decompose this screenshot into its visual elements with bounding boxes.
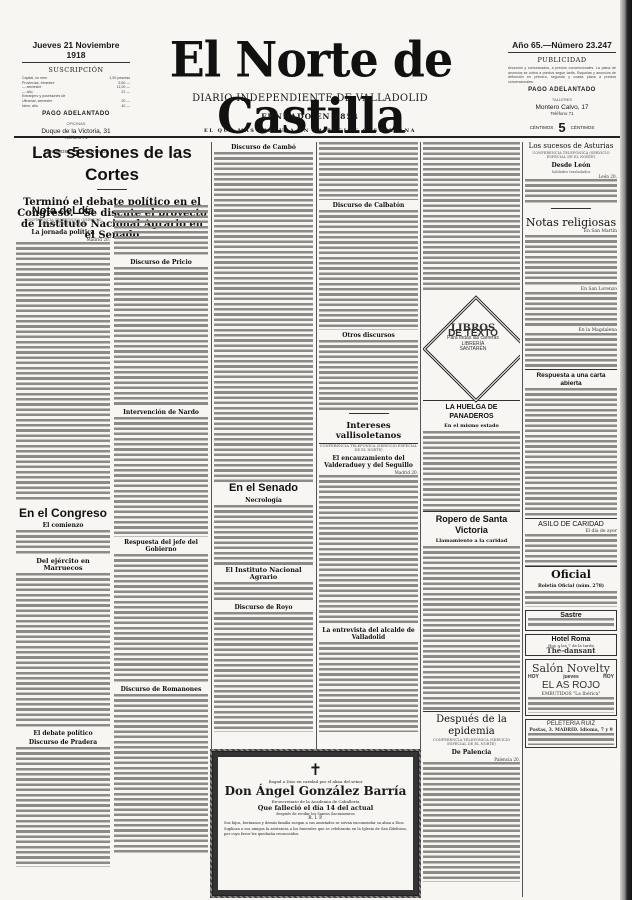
office-phone: Teléfono 71 <box>508 111 616 116</box>
article-text: . <box>214 582 313 602</box>
article-text: . <box>16 747 110 867</box>
page-edge <box>620 0 632 900</box>
ad-heading: EL AS ROJO <box>528 680 614 692</box>
article-text: . <box>319 142 418 200</box>
article-text: . <box>525 591 617 607</box>
article-text: . <box>525 333 617 369</box>
column-6: Los sucesos de Asturias CONFERENCIA TELE… <box>525 142 617 897</box>
section-heading: ASILO DE CARIDAD <box>525 518 617 529</box>
ad-text: HOY <box>603 675 614 680</box>
subheading: Necrología <box>214 497 313 504</box>
article-text: . <box>319 642 418 732</box>
cross-icon: ✝ <box>224 761 407 779</box>
subheading: Discurso de Calbatón <box>319 202 418 209</box>
obituary-note: Suplican a sus amigos la asistencia a lo… <box>224 827 407 836</box>
issue-date: Jueves 21 Noviembre 1918 <box>22 40 130 63</box>
article-text: . <box>214 505 313 565</box>
section-heading: En el Senado <box>214 482 313 495</box>
article-text: . <box>525 235 617 287</box>
divider <box>551 208 591 213</box>
issue-number: Año 65.—Número 23.247 <box>508 40 616 53</box>
payment-note: PAGO ADELANTADO <box>22 111 130 117</box>
obituary-date: Que falleció el día 14 del actual <box>224 804 407 812</box>
subheading: Otros discursos <box>319 332 418 339</box>
subheading: Intervención de Nardo <box>114 409 208 416</box>
column-3: Discurso de Cambó . En el Senado Necrolo… <box>214 142 313 742</box>
newspaper-page: Jueves 21 Noviembre 1918 SUSCRIPCIÓN Cap… <box>0 0 620 900</box>
price: CÉNTIMOS 5 CÉNTIMOS <box>508 120 616 135</box>
article-text: . <box>423 142 520 292</box>
subheading: Discurso de Pricio <box>114 259 208 266</box>
rate-row: Ídem, año40 — <box>22 104 130 109</box>
ad-text: . <box>528 697 614 713</box>
article-text: . <box>114 694 208 854</box>
subheading: De Palencia <box>423 749 520 756</box>
office-label: OFICINAS <box>22 121 130 126</box>
ad-text: HOY <box>528 675 539 680</box>
subheading: Boletín Oficial (núm. 278) <box>525 583 617 590</box>
ad-text: . <box>528 733 614 745</box>
payment-note: PAGO ADELANTADO <box>508 87 616 93</box>
advertising-box: Año 65.—Número 23.247 PUBLICIDAD Anuncio… <box>508 40 616 135</box>
divider <box>349 413 389 418</box>
office-address: Montero Calvo, 17 <box>508 104 616 111</box>
article-text: . <box>214 152 313 482</box>
masthead-rule <box>14 136 620 138</box>
tailor-advertisement: Sastre . <box>525 610 617 631</box>
office-label: TALLERES <box>508 97 616 102</box>
subheading: Del ejército en Marruecos <box>16 558 110 572</box>
advertising-text: Anuncios y comunicados, a precios conven… <box>508 66 616 84</box>
section-heading: Los sucesos de Asturias <box>525 142 617 151</box>
article-text: . <box>114 554 208 684</box>
subheading: En el mismo estado <box>423 423 520 430</box>
column-divider <box>522 142 523 897</box>
subheading: La jornada política <box>16 229 110 236</box>
ad-text: . <box>528 618 614 628</box>
article-text: . <box>16 530 110 556</box>
subheading: Llamamiento a la caridad <box>423 538 520 545</box>
section-heading: Nota del día <box>16 205 110 218</box>
section-heading: Después de la epidemia <box>423 711 520 738</box>
subheading: El encauzamiento del Valderaduey y del S… <box>319 455 418 469</box>
section-heading: LA HUELGA DE PANADEROS <box>423 400 520 421</box>
slogan: EL QUE MÁS CIRCULA EN LA REGIÓN CASTELLA… <box>160 128 460 134</box>
furrier-advertisement: PELETERÍA RUIZ Postas, 3. MADRID. Idioma… <box>525 719 617 747</box>
section-heading: Intereses vallisoletanos <box>319 421 418 444</box>
subheading: Respuesta del jefe del Gobierno <box>114 539 208 553</box>
office-address: Duque de la Victoria, 31 <box>22 128 130 135</box>
hotel-advertisement: Hotel Roma Hoy a las 7 de la tarde Thé-d… <box>525 634 617 656</box>
column-2: . Discurso de Pricio . Intervención de N… <box>114 205 208 897</box>
article-text: . <box>525 534 617 566</box>
subheading: Discurso de Romanones <box>114 686 208 693</box>
obituary-notice: ✝ Rogad a Dios en caridad por el alma de… <box>213 752 418 895</box>
books-advertisement: LIBROS DE TEXTO Para todas las carreras … <box>423 296 520 396</box>
article-text: . <box>114 417 208 537</box>
article-text: . <box>319 210 418 330</box>
masthead: Jueves 21 Noviembre 1918 SUSCRIPCIÓN Cap… <box>0 0 620 132</box>
ad-text: SANTARÉN <box>423 347 520 352</box>
subheading: El comienzo <box>16 522 110 529</box>
article-text: . <box>319 475 418 625</box>
subscription-heading: SUSCRIPCIÓN <box>22 66 130 74</box>
article-text: . <box>214 612 313 732</box>
column-5: . LIBROS DE TEXTO Para todas las carrera… <box>423 142 520 897</box>
subheading: El debate político <box>16 730 110 737</box>
subheading: La entrevista del alcalde de Valladolid <box>319 627 418 641</box>
section-heading: Respuesta a una carta abierta <box>525 369 617 388</box>
subheading: Desde León <box>525 162 617 169</box>
byline: CONFERENCIA TELEFÓNICA (SERVICIO ESPECIA… <box>423 738 520 747</box>
byline: CONFERENCIA TELEFÓNICA (SERVICIO ESPECIA… <box>319 444 418 453</box>
section-heading: En el Congreso <box>16 506 110 520</box>
article-text: . <box>16 573 110 728</box>
advertising-heading: PUBLICIDAD <box>508 56 616 64</box>
subheading: Discurso de Cambó <box>214 144 313 151</box>
subheading: El Instituto Nacional Agrario <box>214 567 313 581</box>
article-text: . <box>16 242 110 502</box>
lead-headline: Las sesiones de las Cortes <box>16 142 208 186</box>
section-heading: Notas religiosas <box>525 216 617 229</box>
column-4: . Discurso de Calbatón . Otros discursos… <box>319 142 418 742</box>
byline: CONFERENCIA TELEFÓNICA (SERVICIO ESPECIA… <box>16 218 110 227</box>
article-text: . <box>525 292 617 328</box>
article-text: . <box>319 340 418 410</box>
obituary-name: Don Ángel González Barría <box>224 784 407 799</box>
subheading: Discurso de Royo <box>214 604 313 611</box>
divider <box>97 189 127 194</box>
article-text: . <box>423 546 520 711</box>
subheading: Discurso de Pradera <box>16 739 110 746</box>
byline: CONFERENCIA TELEFÓNICA (SERVICIO ESPECIA… <box>525 151 617 160</box>
obituary-family: Sus hijos, hermanos y demás familia rueg… <box>224 821 407 825</box>
newspaper-subtitle: DIARIO INDEPENDIENTE DE VALLADOLID <box>160 93 460 104</box>
article-text: . <box>423 431 520 511</box>
article-text: . <box>114 205 208 257</box>
subscription-rates: Capital, un mes1,50 pesetas Provincias, … <box>22 76 130 108</box>
column-1: Nota del día CONFERENCIA TELEFÓNICA (SER… <box>16 205 110 897</box>
article-text: . <box>525 179 617 205</box>
section-heading: Oficial <box>525 566 617 581</box>
article-text: . <box>423 762 520 882</box>
founded-line: FUNDADO EN 1854 <box>200 112 420 121</box>
ad-text: Thé-dansant <box>528 648 614 653</box>
section-heading: Ropero de Santa Victoria <box>423 511 520 536</box>
article-text: . <box>525 388 617 518</box>
article-text: . <box>114 267 208 407</box>
cinema-advertisement: Salón Novelty HOY jueves HOY EL AS ROJO … <box>525 659 617 716</box>
